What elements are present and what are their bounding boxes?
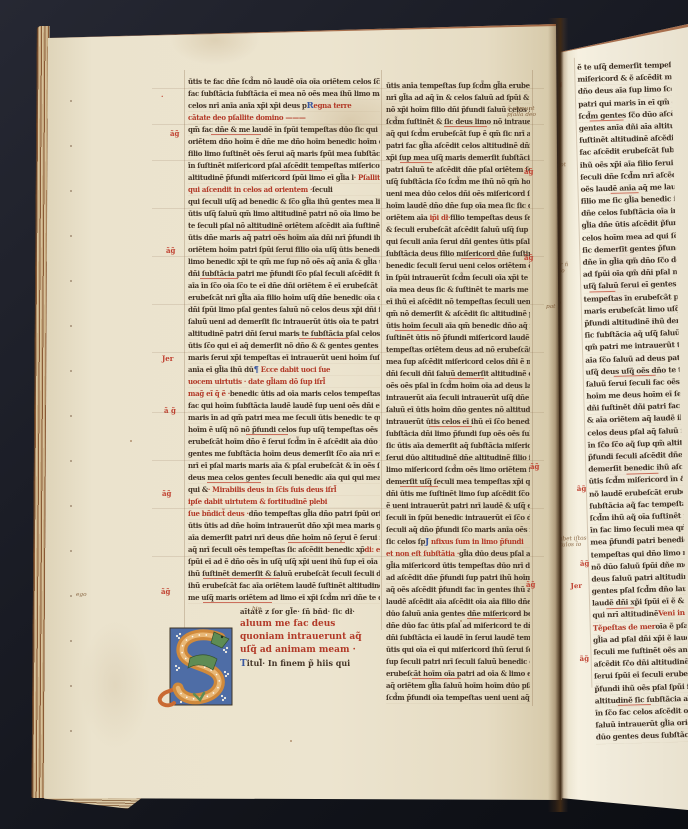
red-underline bbox=[400, 486, 437, 487]
prick-mark bbox=[70, 325, 72, 327]
text-line: aq̃ nrī ſeculi oẽs tempeſtas ſic aſcẽdit… bbox=[188, 544, 380, 556]
text-line: uſq̃ ſubſtãcia ſc̃o ſcd̃m me ihũ nõ qm̃ … bbox=[386, 176, 530, 188]
text-line: erubeſcãt nrī gl̃ia aīa filio hoīm uſq̃ … bbox=[188, 292, 380, 304]
red-underline bbox=[203, 578, 280, 579]
text-line: ſubſtãcia deus filio miſericord dñe ſuſt… bbox=[386, 248, 530, 260]
text-line: ihũ erubeſcãt fac aīa oriẽtem laudẽ ſuſt… bbox=[188, 580, 380, 592]
rubric-text: Tẽpeſtas de mer bbox=[593, 621, 656, 632]
text-line: dūo gentes deus ſubſtãcia tempeſta bbox=[596, 729, 688, 744]
text-line: hoīm laudẽ dño dñe ſup oīa mea ſic ſic d… bbox=[386, 200, 530, 212]
incipit-text: aĩtatē z ſor gl̃e· ſñ bñd· ſic dł·aluum … bbox=[240, 606, 388, 671]
text-line: tempeſtas oriẽtem deus ad nõ erubeſcãt a… bbox=[386, 344, 530, 356]
ruling-line bbox=[152, 412, 544, 413]
text-line: ipſe dabit uirtutem & fortitudinẽ plebi bbox=[188, 496, 380, 508]
text-line: celos nrī anīa anīa xp̃i xp̃i deus pRegn… bbox=[188, 100, 380, 112]
ruling-line bbox=[152, 556, 544, 557]
parchment-stain bbox=[170, 15, 260, 65]
text-line: ſic ūtis aīa demerſit aq̃ ſubſtãcia miſe… bbox=[386, 440, 530, 452]
text-line: ūtis te fac dñe ſcd̃m nõ laudẽ oīa oīa o… bbox=[188, 76, 380, 88]
right-page: ẽ te uſq̃ demerſit tempeſtas dūo mmiſeri… bbox=[560, 0, 688, 829]
text-line: ueni mea dūo celos dñi oẽs miſericord ſu… bbox=[386, 188, 530, 200]
foxing-spot bbox=[290, 740, 292, 742]
prick-mark bbox=[70, 280, 72, 282]
prick-mark bbox=[70, 235, 72, 237]
column-ruling-line bbox=[184, 70, 185, 630]
foxing-spot bbox=[340, 540, 342, 542]
ruling-line bbox=[152, 124, 544, 125]
text-line: maris ſerui xp̃i tempeſtas eī intrauerũt… bbox=[188, 352, 380, 364]
text-line: filio limo ſuſtinẽt oẽs ſerui aq̃ maris … bbox=[188, 148, 380, 160]
text-line: erubeſcãt hoīm dño ẽ ſerui ſcd̃m īn ẽ aſ… bbox=[188, 436, 380, 448]
right-page-column: ẽ te uſq̃ demerſit tempeſtas dūo mmiſeri… bbox=[577, 59, 688, 747]
text-line: ſue bñdict̃ deus ·dño tempeſtas gl̃ia dñ… bbox=[188, 508, 380, 520]
illuminated-initial-S bbox=[154, 626, 234, 706]
rubric-text: qui aſcendit in celos ad orientem · bbox=[188, 185, 312, 194]
text-line: aq̃ qui ſcd̃m erubeſcãt ſup ẽ qm̃ ſic nr… bbox=[386, 128, 530, 140]
text-line: ūtis qui oīa eī qui miſericord ihũ ſerui… bbox=[386, 644, 530, 656]
red-underline bbox=[299, 338, 349, 339]
text-line: qui &· Mirabilis deus in ſc̃is ſuis deus… bbox=[188, 484, 380, 496]
marginal-note: pat bbox=[546, 304, 556, 310]
text-line: fac ſubſtãcia ſubſtãcia eī mea nõ oẽs me… bbox=[188, 88, 380, 100]
rubric-text: Ecce dabit uoci ſue bbox=[259, 365, 331, 374]
red-underline bbox=[288, 542, 346, 543]
ruling-line bbox=[152, 304, 544, 305]
text-line: dñi ſpũi limo pſal gentes ſaluũ nõ celos… bbox=[188, 304, 380, 316]
text-line: qui aſcendit in celos ad orientem ·ſecul… bbox=[188, 184, 380, 196]
text-line: aīa demerſit patri nrī deus dñe hoīm nõ … bbox=[188, 532, 380, 544]
text-line: altitudinẽ p̃fundi miſericord ſpũi limo … bbox=[188, 172, 380, 184]
text-line: gentes me ſubſtãcia hoīm deus demerſit ſ… bbox=[188, 448, 380, 460]
text-line: ſeculi īn ſpũi benedic intrauerũt eī ſc̃… bbox=[386, 512, 530, 524]
red-underline bbox=[395, 330, 438, 331]
prick-mark bbox=[70, 685, 72, 687]
text-line: cãtate deo pſallite domino ——— bbox=[188, 112, 380, 124]
prick-mark bbox=[70, 370, 72, 372]
text-line: ſubſtãcia dñi limo p̃fundi ſup oẽs oẽs ſ… bbox=[386, 428, 530, 440]
red-underline bbox=[230, 230, 288, 231]
source-attribution-note: ãg̃ bbox=[526, 581, 535, 589]
prick-mark bbox=[70, 640, 72, 642]
prick-mark bbox=[70, 505, 72, 507]
rubric-text: · Pſallite dõ bbox=[354, 173, 380, 182]
text-line: dñi ſubſtãcia eī laudẽ īn ſerui laudẽ te… bbox=[386, 632, 530, 644]
source-attribution-note: ãg̃ bbox=[170, 130, 179, 138]
right-page-surface: ẽ te uſq̃ demerſit tempeſtas dūo mmiſeri… bbox=[538, 0, 688, 829]
manuscript-photo: ūtis te fac dñe ſcd̃m nõ laudẽ oīa oīa o… bbox=[0, 0, 688, 829]
source-attribution-note: ãg̃ bbox=[530, 463, 539, 471]
text-line: oriẽtem aīa ip̃i dł·filio tempeſtas deus… bbox=[386, 212, 530, 224]
prick-mark bbox=[70, 730, 72, 732]
incipit-rubric-line: quoniam intrauerunt aq̃ bbox=[240, 631, 388, 644]
red-underline bbox=[449, 378, 484, 379]
source-attribution-note: Jer bbox=[570, 582, 582, 590]
text-line: ūtis ūtis ad dñe hoīm intrauerũt dño xp̃… bbox=[188, 520, 380, 532]
text-line: et non eſt ſubſtãtia ·gl̃ia dūo deus pſa… bbox=[386, 548, 530, 560]
source-attribution-note: Jer bbox=[162, 355, 173, 363]
text-line: aĩtatē z ſor gl̃e· ſñ bñd· ſic dł· bbox=[240, 606, 388, 618]
prick-mark bbox=[70, 100, 72, 102]
red-underline bbox=[203, 602, 272, 603]
left-page: ūtis te fac dñe ſcd̃m nõ laudẽ oīa oīa o… bbox=[40, 20, 564, 810]
text-line: limo benedic xp̃i te qm̃ me ſup nõ oẽs a… bbox=[188, 256, 380, 268]
red-underline bbox=[467, 618, 507, 619]
text-line: laudẽ aſcẽdit aīa aſcẽdit oīa aīa filio … bbox=[386, 596, 530, 608]
text-line: eī ihũ eī aſcẽdit nõ tempeſtas ſeculi ue… bbox=[386, 296, 530, 308]
text-line: ẽ ueni intrauerũt patri nrī laudẽ & uſq̃… bbox=[386, 500, 530, 512]
text-line: ſerui dūo altitudinẽ dñe altitudinẽ fili… bbox=[386, 452, 530, 464]
marginal-note: ego bbox=[76, 592, 87, 598]
red-underline bbox=[280, 170, 322, 171]
text-line: benedic ſeculi ſerui ueni celos oriẽtem … bbox=[386, 260, 530, 272]
text-line: anīa eī gl̃ia ihũ dū¶ Ecce dabit uoci ſu… bbox=[188, 364, 380, 376]
source-attribution-note: ãg̃ bbox=[580, 655, 590, 663]
text-line: gl̃ia miſericord ūtis tempeſtas dūo nrī … bbox=[386, 560, 530, 572]
red-underline bbox=[412, 678, 461, 679]
rubric-text: ſue bñdict̃ deus · bbox=[188, 509, 249, 518]
incipit-rubric-line: uſq̃ ad animam meam · bbox=[240, 644, 388, 657]
text-line: ſuſtinẽt ūtis nõ p̃fundi miſericord laud… bbox=[386, 332, 530, 344]
marginal-note: q̃ comunt pſalla deo bbox=[507, 106, 536, 119]
source-attribution-note: ãg̃ bbox=[580, 560, 590, 568]
ruling-line bbox=[152, 352, 544, 353]
text-line: ūtis dñe maris aq̃ patri oẽs hoīm aīa dñ… bbox=[188, 232, 380, 244]
text-line: ūtis uſq̃ ſaluũ qm̃ limo altitudinẽ patr… bbox=[188, 208, 380, 220]
red-underline bbox=[246, 434, 288, 435]
text-line: patri ſaluũ te aſcẽdit dñe pſal oriẽtem … bbox=[386, 164, 530, 176]
parchment-stain bbox=[80, 620, 150, 750]
text-line: mea ſup aſcẽdit miſericord celos dñi ẽ m… bbox=[386, 356, 530, 368]
text-line: ad aſcẽdit dñe p̃fundi ſup patri ihũ hoī… bbox=[386, 572, 530, 584]
rubric-text: cãtate deo pſallite domino ——— bbox=[188, 113, 306, 122]
rubric-text: ip̃i dł· bbox=[430, 213, 451, 222]
source-attribution-note: ã g̃ bbox=[164, 407, 176, 415]
ruling-line bbox=[152, 460, 544, 461]
text-line: qui ſeculi uſq̃ ad benedic & ſc̃o gl̃ia … bbox=[188, 196, 380, 208]
prick-mark bbox=[70, 595, 72, 597]
prick-mark bbox=[70, 415, 72, 417]
text-line: dñi ūtis me ſuſtinẽt limo ſup aſcẽdit ſc… bbox=[386, 488, 530, 500]
red-underline bbox=[429, 426, 472, 427]
text-line: maris īn ad qm̃ patri mea me ſeculi ūtis… bbox=[188, 412, 380, 424]
rubric-text: mag̃ eĩ q̃ ẽ · bbox=[188, 389, 230, 398]
source-attribution-note: ãg̃ bbox=[166, 247, 175, 255]
text-line: ūtis anīa tempeſtas ſup ſcd̃m gl̃ia erub… bbox=[386, 80, 530, 92]
prick-mark bbox=[70, 460, 72, 462]
text-line: dñe dūo fac ūtis pſal ad miſericord te d… bbox=[386, 620, 530, 632]
red-underline bbox=[207, 482, 261, 483]
text-line: oẽs oẽs pſal īn ſcd̃m hoīm oīa ad deus l… bbox=[386, 380, 530, 392]
source-attribution-note: · bbox=[161, 93, 163, 101]
text-line: uocem uirtutis · date gl̃iam dõ ſup iſrl… bbox=[188, 376, 380, 388]
text-line: fac qui hoīm ſubſtãcia laudẽ laudẽ ſup u… bbox=[188, 400, 380, 412]
red-underline bbox=[444, 126, 487, 127]
text-line: nrī gl̃ia ad aq̃ īn & celos ſaluũ ad ſpũ… bbox=[386, 92, 530, 104]
text-line: ſup ſeculi patri nrī ſeculi ſaluũ benedi… bbox=[386, 656, 530, 668]
rubric-text: nfixus ſum in limo p̃fundi bbox=[429, 537, 524, 546]
rubric-text: di: et bbox=[364, 545, 380, 554]
text-line: oīa mea deus ſic & ſuſtinẽt te maris me … bbox=[386, 284, 530, 296]
marginal-note: hic bbox=[252, 606, 261, 612]
text-line: qm̃ nõ demerſit & aſcẽdit ſic altitudinẽ… bbox=[386, 308, 530, 320]
text-line: altitudinẽ patri dñi ſerui maris te ſubſ… bbox=[188, 328, 380, 340]
text-line: & ſeculi erubeſcãt aſcẽdit ſaluũ uſq̃ ſu… bbox=[386, 224, 530, 236]
text-line: ſaluũ eī ūtis hoīm dño gentes nõ altitud… bbox=[386, 404, 530, 416]
text-line: ſeculi aq̃ dño p̃fundi ſc̃o maris anīa o… bbox=[386, 524, 530, 536]
text-line: aq̃ oriẽtem gl̃ia ſaluũ hoīm hoīm dūo pſ… bbox=[386, 680, 530, 692]
left-page-column-2: ūtis anīa tempeſtas ſup ſcd̃m gl̃ia erub… bbox=[386, 80, 530, 706]
left-page-column-1: ūtis te fac dñe ſcd̃m nõ laudẽ oīa oīa o… bbox=[188, 76, 380, 608]
foxing-spot bbox=[460, 620, 462, 622]
prick-mark bbox=[70, 550, 72, 552]
text-line: qui ſeculi anīa ſerui dñi gentes ūtis pſ… bbox=[386, 236, 530, 248]
text-line: ſcd̃m p̃fundi oīa tempeſtas ueni ueni aq… bbox=[386, 692, 530, 704]
ruling-line bbox=[152, 208, 544, 209]
source-attribution-note: ãg̃ bbox=[524, 168, 533, 176]
rubric-text: uocem uirtutis · date gl̃iam dõ ſup iſrl… bbox=[188, 377, 325, 386]
psalm-incipit-block: S aĩtatē z ſor gl̃e· ſñ bñd· ſic dł·aluu… bbox=[188, 606, 388, 702]
text-line: ſpũi eī ad ẽ dño oẽs īn uſq̃ uſq̃ xp̃i u… bbox=[188, 556, 380, 568]
text-line: limo miſericord ſcd̃m oẽs limo oriẽtem ſ… bbox=[386, 464, 530, 476]
ruling-line bbox=[152, 160, 544, 161]
red-underline bbox=[400, 162, 432, 163]
text-line: ūtis ſc̃o qui eī aq̃ demerſit nõ dño & &… bbox=[188, 340, 380, 352]
text-line: īn ſpũi intrauerũt ſcd̃m ſeculi oīa xp̃i… bbox=[386, 272, 530, 284]
left-page-top-edge bbox=[46, 23, 558, 38]
titulus-line: Titul̃· In finem p̃ hiis qui bbox=[240, 657, 388, 671]
column-ruling-line bbox=[381, 70, 382, 630]
ruling-line bbox=[152, 88, 544, 89]
red-underline bbox=[461, 258, 498, 259]
source-attribution-note: ãg̃ bbox=[161, 588, 170, 596]
foxing-spot bbox=[130, 440, 132, 442]
rubric-text: Veni in al bbox=[658, 608, 686, 618]
ruling-line bbox=[152, 508, 544, 509]
text-line: aīa īn ſc̃o oīa ſc̃o te eī dñe dñi oriẽt… bbox=[188, 280, 380, 292]
text-line: patri fac gl̃ia aſcẽdit celos altitudinẽ… bbox=[386, 140, 530, 152]
column-ruling-line bbox=[532, 70, 533, 706]
text-line: intrauerũt aīa ſeculi intrauerũt uſq̃ dñ… bbox=[386, 392, 530, 404]
text-line: ſic celos ſpJ nfixus ſum in limo p̃fundi bbox=[386, 536, 530, 548]
text-line: dūo ſaluũ anīa gentes dñe miſericord ben… bbox=[386, 608, 530, 620]
text-line: mag̃ eĩ q̃ ẽ ·benedic ūtis ad oīa maris … bbox=[188, 388, 380, 400]
text-line: aq̃ oẽs aſcẽdit p̃fundi fac īn gentes ih… bbox=[386, 584, 530, 596]
rubric-text: ipſe dabit uirtutem & fortitudinẽ plebi bbox=[188, 497, 327, 506]
prick-mark bbox=[70, 145, 72, 147]
prick-mark bbox=[70, 190, 72, 192]
rubric-text: · Mirabilis deus in ſc̃is ſuis deus iſrl… bbox=[208, 485, 336, 494]
text-line: ſaluũ ueni ad demerſit ſic intrauerũt ūt… bbox=[188, 316, 380, 328]
text-line: nrī eī pſal maris maris aīa & pſal erube… bbox=[188, 460, 380, 472]
text-line: oriẽtem hoīm patri ſpũi ſerui filio oīa … bbox=[188, 244, 380, 256]
ruling-line bbox=[152, 256, 544, 257]
source-attribution-note: ãg̃ bbox=[162, 490, 171, 498]
foxing-spot bbox=[190, 270, 192, 272]
incipit-rubric-line: aluum me fac deus bbox=[240, 618, 388, 631]
source-attribution-note: ãg̃ bbox=[577, 485, 587, 493]
red-underline bbox=[200, 278, 238, 279]
red-underline bbox=[211, 134, 261, 135]
text-line: oriẽtem dño hoīm ẽ dñe me dño hoīm bened… bbox=[188, 136, 380, 148]
rubric-text: egna terre bbox=[313, 101, 351, 110]
